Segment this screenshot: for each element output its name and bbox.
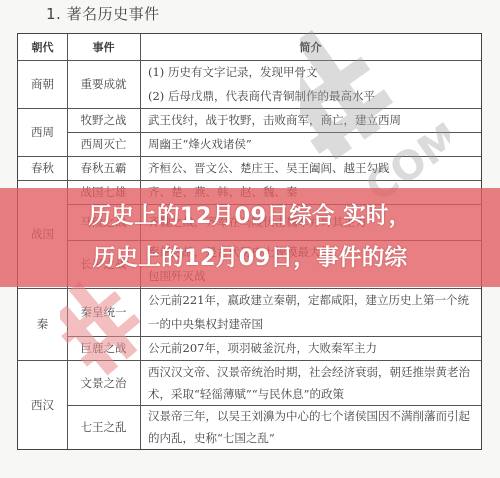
summary-line: 一的中央集权封建帝国 [148,312,263,336]
cell-event: 春秋五霸 [67,156,140,180]
summary-line: 术，采取“轻徭薄赋”“与民休息”的政策 [148,383,344,405]
summary-line: (2) 后母戊鼎，代表商代青铜制作的最高水平 [148,84,375,108]
cell-dynasty: 春秋 [18,156,67,180]
summary-line: 西汉汉文帝、汉景帝统治时期，社会经济衰弱，朝廷推崇黄老治 [148,361,470,383]
header-dynasty: 朝代 [18,34,67,60]
cell-summary: 齐桓公、晋文公、楚庄王、吴王阖闾、越王勾践 [140,156,481,180]
cell-summary: 公元前221年，嬴政建立秦朝，定都咸阳，建立历史上第一个统 一的中央集权封建帝国 [140,288,481,336]
cell-summary: 汉景帝三年，以吴王刘濞为中心的七个诸侯国因不满削藩而引起 的内乱，史称“七国之乱… [140,405,481,449]
cell-event: 秦皇统一 [67,288,140,336]
summary-line: 汉景帝三年，以吴王刘濞为中心的七个诸侯国因不满削藩而引起 [148,405,470,427]
cell-summary: 西汉汉文帝、汉景帝统治时期，社会经济衰弱，朝廷推崇黄老治 术，采取“轻徭薄赋”“… [140,360,481,405]
summary-line: 公元前221年，嬴政建立秦朝，定都咸阳，建立历史上第一个统 [148,288,469,312]
header-event: 事件 [67,34,140,60]
document-title: 1. 著名历史事件 [46,3,160,24]
summary-line: 的内乱，史称“七国之乱” [148,427,275,449]
cell-event: 牧野之战 [67,108,140,132]
cell-dynasty: 西周 [18,108,67,156]
cell-summary: 周幽王“烽火戏诸侯” [140,132,481,156]
header-summary: 简介 [140,34,481,60]
summary-line: (1) 历史有文字记录，发现甲骨文 [148,60,317,84]
cell-event: 重要成就 [67,60,140,108]
cell-event: 文景之治 [67,360,140,405]
cell-dynasty: 秦 [18,288,67,360]
headline-line-2[interactable]: 历史上的12月09日，事件的综 [0,240,500,272]
cell-event: 巨鹿之战 [67,336,140,360]
cell-dynasty: 商朝 [18,60,67,108]
cell-summary: (1) 历史有文字记录，发现甲骨文 (2) 后母戊鼎，代表商代青铜制作的最高水平 [140,60,481,108]
cell-summary: 公元前207年，项羽破釜沉舟，大败秦军主力 [140,336,481,360]
cell-event: 西周灭亡 [67,132,140,156]
headline-line-1[interactable]: 历史上的12月09日综合 实时， [0,198,500,230]
cell-event: 七王之乱 [67,405,140,449]
cell-summary: 武王伐纣，战于牧野，击败商军，商亡，建立西周 [140,108,481,132]
cell-dynasty: 西汉 [18,360,67,449]
